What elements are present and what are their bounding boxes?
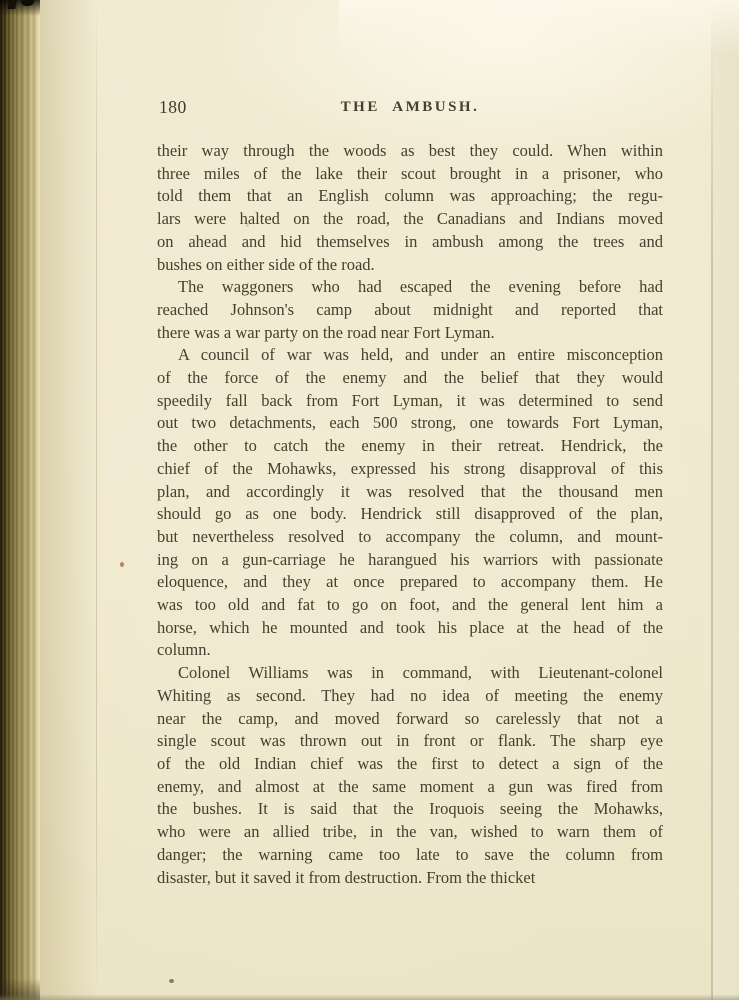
top-corner-highlight xyxy=(339,0,739,55)
text-line: disaster, but it saved it from destructi… xyxy=(157,867,663,890)
text-line: bushes on either side of the road. xyxy=(157,254,663,277)
text-line: near the camp, and moved forward so care… xyxy=(157,708,663,731)
text-line: was too old and fat to go on foot, and t… xyxy=(157,594,663,617)
text-line: three miles of the lake their scout brou… xyxy=(157,163,663,186)
text-line: should go as one body. Hendrick still di… xyxy=(157,503,663,526)
gutter-shadow xyxy=(40,0,98,1000)
paragraph: The waggoners who had escaped the evenin… xyxy=(157,276,663,344)
text-line: enemy, and almost at the same moment a g… xyxy=(157,776,663,799)
text-line: who were an allied tribe, in the van, wi… xyxy=(157,821,663,844)
text-block: their way through the woods as best they… xyxy=(157,140,663,889)
text-line: ing on a gun-carriage he harangued his w… xyxy=(157,549,663,572)
text-line: eloquence, and they at once prepared to … xyxy=(157,571,663,594)
text-line: plan, and accordingly it was resolved th… xyxy=(157,481,663,504)
text-line: chief of the Mohawks, expressed his stro… xyxy=(157,458,663,481)
page-fold-line xyxy=(96,0,97,1000)
text-line: the bushes. It is said that the Iroquois… xyxy=(157,798,663,821)
book-binding-gutter xyxy=(0,0,40,1000)
page-under-edge xyxy=(713,0,739,1000)
text-line: but nevertheless resolved to accompany t… xyxy=(157,526,663,549)
text-line: of the force of the enemy and the belief… xyxy=(157,367,663,390)
text-line: column. xyxy=(157,639,663,662)
text-line: A council of war was held, and under an … xyxy=(157,344,663,367)
text-line: reached Johnson's camp about midnight an… xyxy=(157,299,663,322)
text-line: out two detachments, each 500 strong, on… xyxy=(157,412,663,435)
text-line: The waggoners who had escaped the evenin… xyxy=(157,276,663,299)
text-line: lars were halted on the road, the Canadi… xyxy=(157,208,663,231)
paragraph: A council of war was held, and under an … xyxy=(157,344,663,662)
scanned-book-page: 180 THE AMBUSH. their way through the wo… xyxy=(0,0,739,1000)
running-header: THE AMBUSH. xyxy=(157,99,663,116)
page-bottom-edge xyxy=(0,994,739,1000)
paragraph: Colonel Williams was in command, with Li… xyxy=(157,662,663,889)
text-line: speedily fall back from Fort Lyman, it w… xyxy=(157,390,663,413)
paper-speck xyxy=(169,979,174,983)
paper-speck xyxy=(120,562,124,567)
binding-mark xyxy=(7,0,16,9)
text-line: Whiting as second. They had no idea of m… xyxy=(157,685,663,708)
page-right-edge xyxy=(711,22,713,1000)
text-line: on ahead and hid themselves in ambush am… xyxy=(157,231,663,254)
text-line: Colonel Williams was in command, with Li… xyxy=(157,662,663,685)
text-line: danger; the warning came too late to sav… xyxy=(157,844,663,867)
text-line: told them that an English column was app… xyxy=(157,185,663,208)
text-line: horse, which he mounted and took his pla… xyxy=(157,617,663,640)
text-line: the other to catch the enemy in their re… xyxy=(157,435,663,458)
text-line: of the old Indian chief was the first to… xyxy=(157,753,663,776)
text-line: single scout was thrown out in front or … xyxy=(157,730,663,753)
page-header: 180 THE AMBUSH. xyxy=(157,97,663,119)
text-line: their way through the woods as best they… xyxy=(157,140,663,163)
paragraph: their way through the woods as best they… xyxy=(157,140,663,276)
text-line: there was a war party on the road near F… xyxy=(157,322,663,345)
